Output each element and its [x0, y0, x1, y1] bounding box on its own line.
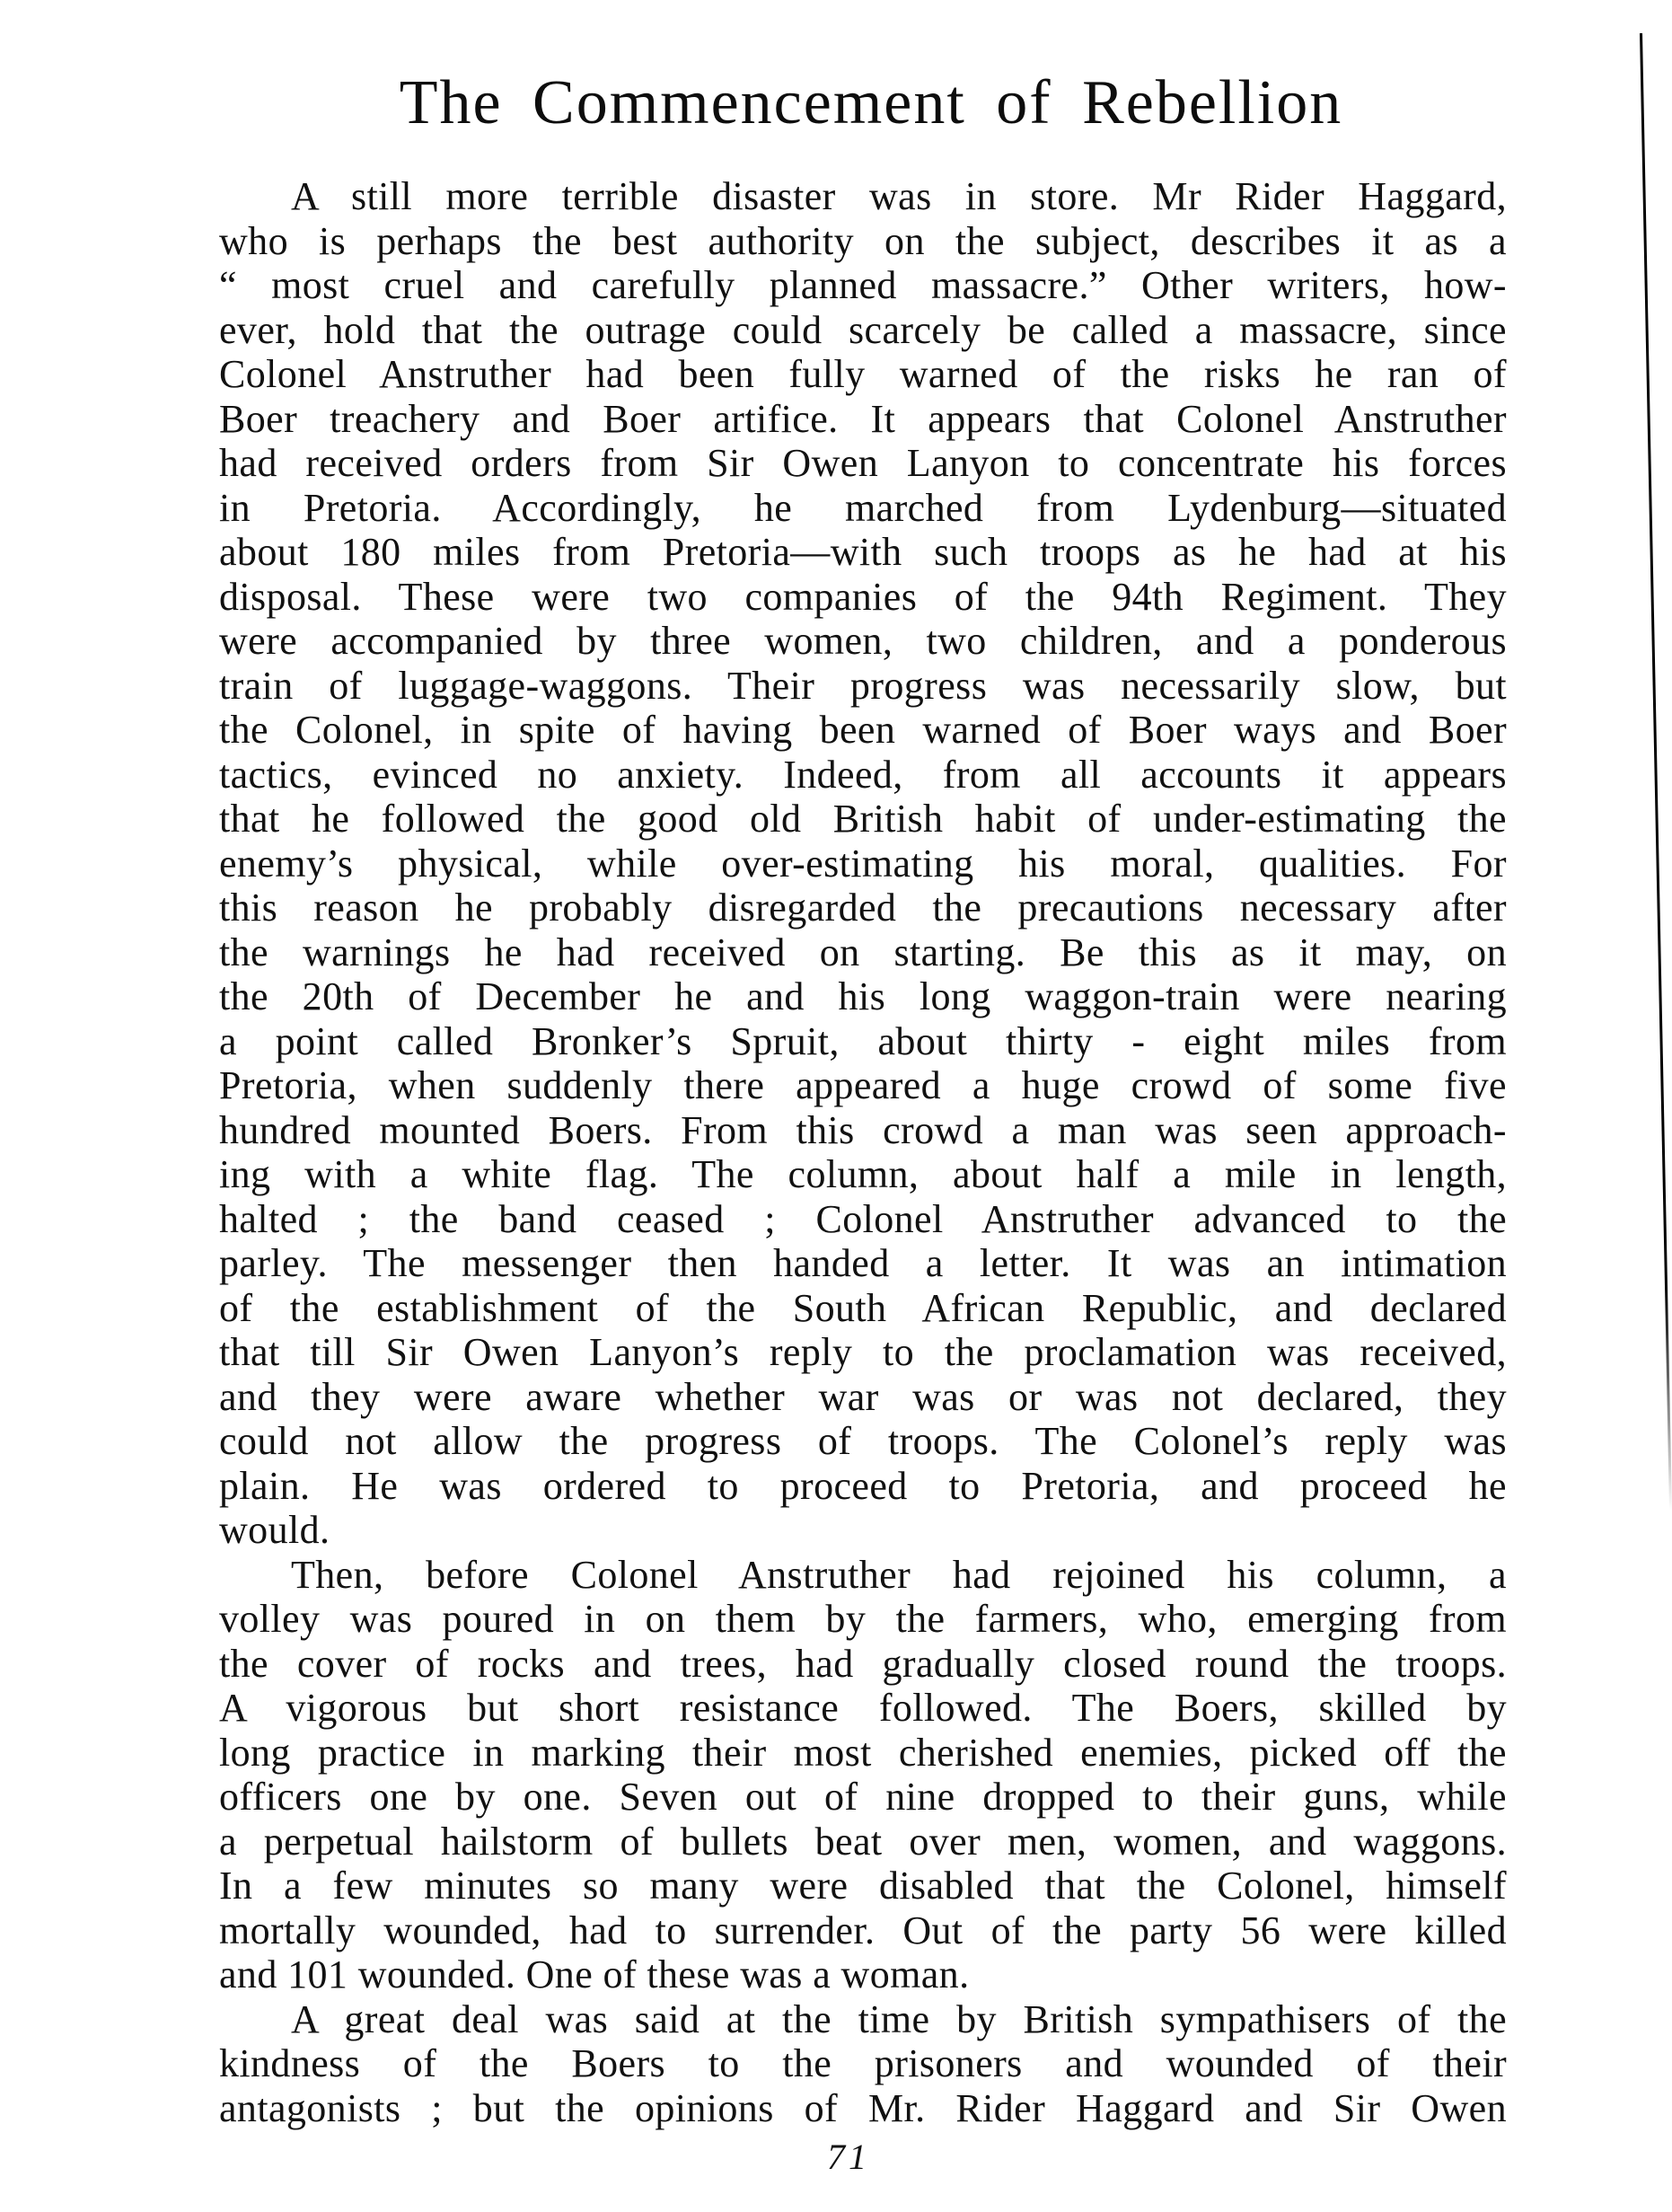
text-line: Then, before Colonel Anstruther had rejo… [219, 1553, 1507, 1598]
chapter-title: The Commencement of Rebellion [341, 63, 1401, 144]
text-line: halted ; the band ceased ; Colonel Anstr… [219, 1197, 1507, 1242]
text-line: ing with a white flag. The column, about… [219, 1152, 1507, 1197]
text-line: enemy’s physical, while over-estimating … [219, 842, 1507, 886]
paragraph-3: A great deal was said at the time by Bri… [219, 1997, 1507, 2131]
text-line: disposal. These were two companies of th… [219, 575, 1507, 620]
text-line: had received orders from Sir Owen Lanyon… [219, 441, 1507, 486]
text-line: this reason he probably disregarded the … [219, 886, 1507, 930]
text-line: Pretoria, when suddenly there appeared a… [219, 1063, 1507, 1108]
text-line: parley. The messenger then handed a lett… [219, 1241, 1507, 1286]
text-line: volley was poured in on them by the farm… [219, 1597, 1507, 1642]
body-text: A still more terrible disaster was in st… [219, 174, 1507, 2130]
text-line: tactics, evinced no anxiety. Indeed, fro… [219, 753, 1507, 798]
text-line: in Pretoria. Accordingly, he marched fro… [219, 486, 1507, 531]
text-line: long practice in marking their most cher… [219, 1731, 1507, 1776]
text-line: could not allow the progress of troops. … [219, 1419, 1507, 1464]
text-line: the warnings he had received on starting… [219, 930, 1507, 975]
text-line: officers one by one. Seven out of nine d… [219, 1775, 1507, 1820]
paragraph-2: Then, before Colonel Anstruther had rejo… [219, 1553, 1507, 1997]
text-line: that he followed the good old British ha… [219, 797, 1507, 842]
text-line: that till Sir Owen Lanyon’s reply to the… [219, 1330, 1507, 1375]
text-line: train of luggage-waggons. Their progress… [219, 664, 1507, 709]
scan-edge-line [1640, 33, 1672, 1511]
paragraph-1: A still more terrible disaster was in st… [219, 174, 1507, 1553]
text-line: Boer treachery and Boer artifice. It app… [219, 397, 1507, 442]
text-line: Colonel Anstruther had been fully warned… [219, 352, 1507, 397]
text-line: would. [219, 1508, 1507, 1553]
text-line: “ most cruel and carefully planned massa… [219, 263, 1507, 308]
text-line: a point called Bronker’s Spruit, about t… [219, 1019, 1507, 1064]
text-line: A still more terrible disaster was in st… [219, 174, 1507, 219]
text-line: A vigorous but short resistance followed… [219, 1686, 1507, 1731]
text-line: a perpetual hailstorm of bullets beat ov… [219, 1820, 1507, 1864]
text-line: and 101 wounded. One of these was a woma… [219, 1952, 1507, 1997]
text-line: ever, hold that the outrage could scarce… [219, 308, 1507, 353]
text-line: A great deal was said at the time by Bri… [219, 1997, 1507, 2042]
text-line: the 20th of December he and his long wag… [219, 974, 1507, 1019]
text-line: kindness of the Boers to the prisoners a… [219, 2041, 1507, 2086]
text-line: In a few minutes so many were disabled t… [219, 1864, 1507, 1908]
text-line: the cover of rocks and trees, had gradua… [219, 1642, 1507, 1687]
text-line: who is perhaps the best authority on the… [219, 219, 1507, 264]
page-number: 71 [808, 2137, 889, 2177]
book-page: The Commencement of Rebellion A still mo… [0, 0, 1672, 2212]
text-line: about 180 miles from Pretoria—with such … [219, 530, 1507, 575]
text-line: were accompanied by three women, two chi… [219, 619, 1507, 664]
text-line: hundred mounted Boers. From this crowd a… [219, 1108, 1507, 1153]
text-line: plain. He was ordered to proceed to Pret… [219, 1464, 1507, 1509]
text-line: and they were aware whether war was or w… [219, 1375, 1507, 1420]
text-line: of the establishment of the South Africa… [219, 1286, 1507, 1331]
text-line: antagonists ; but the opinions of Mr. Ri… [219, 2086, 1507, 2131]
text-line: mortally wounded, had to surrender. Out … [219, 1908, 1507, 1953]
text-line: the Colonel, in spite of having been war… [219, 708, 1507, 753]
